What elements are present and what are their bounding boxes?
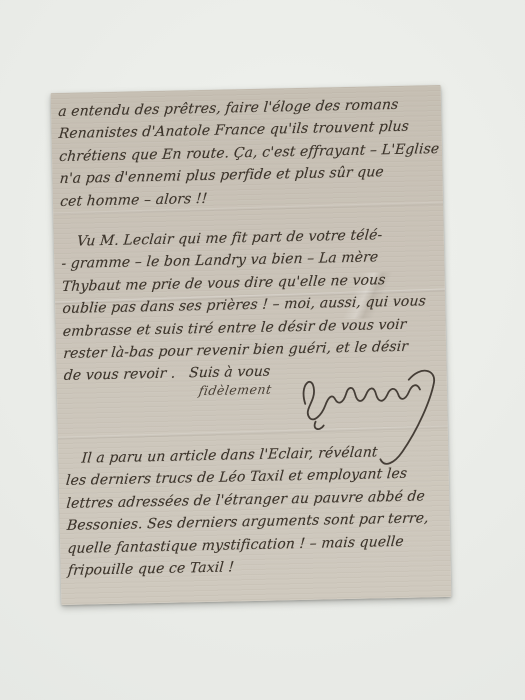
paragraph-3-postscript: Il a paru un article dans l'Eclair, révé…	[64, 440, 447, 582]
valediction: fidèlement	[198, 382, 273, 399]
photo-background: a entendu des prêtres, faire l'éloge des…	[0, 0, 525, 700]
paragraph-1: a entendu des prêtres, faire l'éloge des…	[57, 93, 439, 213]
letter-paper: a entendu des prêtres, faire l'éloge des…	[51, 85, 452, 605]
